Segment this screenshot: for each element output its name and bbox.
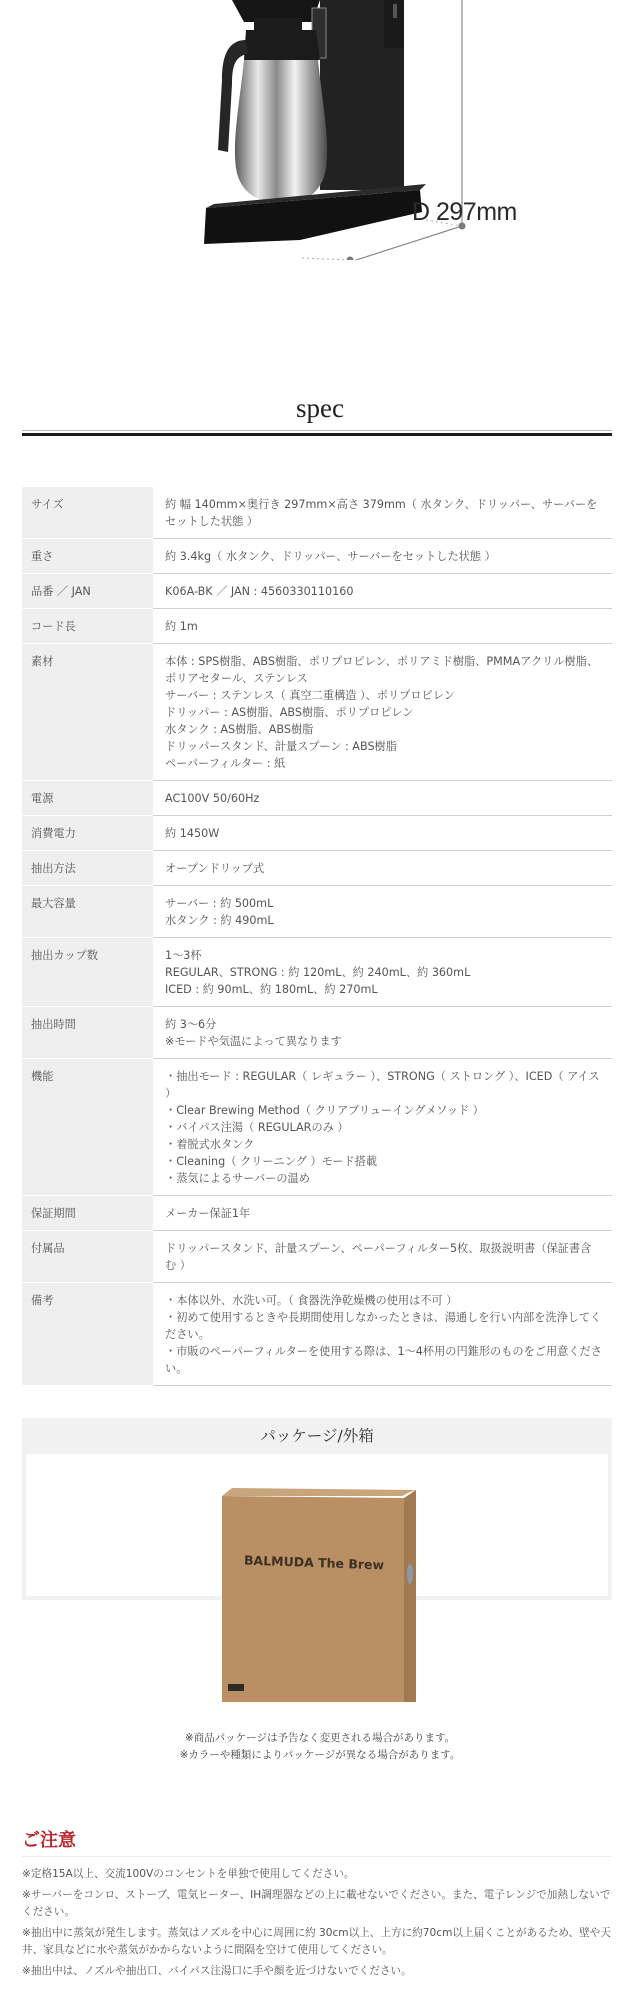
caution-heading: ご注意 [22,1826,76,1852]
spec-value: K06A-BK ／ JAN : 4560330110160 [153,574,612,609]
spec-value-line: ・蒸気によるサーバーの温め [165,1170,602,1187]
spec-row-weight: 重さ 約 3.4kg（ 水タンク、ドリッパー、サーバーをセットした状態 ） [22,539,612,574]
spec-label: 機能 [22,1059,153,1196]
spec-value-line: ・抽出モード : REGULAR（ レギュラー ）、STRONG（ ストロング … [165,1068,602,1102]
spec-row-power-consumption: 消費電力 約 1450W [22,816,612,851]
spec-row-features: 機能 ・抽出モード : REGULAR（ レギュラー ）、STRONG（ ストロ… [22,1059,612,1196]
spec-value: 約 1m [153,609,612,644]
spec-row-cup-count: 抽出カップ数 1〜3杯 REGULAR、STRONG : 約 120mL、約 2… [22,938,612,1007]
spec-value-line: メーカー保証1年 [165,1205,602,1222]
spec-value: 約 3.4kg（ 水タンク、ドリッパー、サーバーをセットした状態 ） [153,539,612,574]
spec-value: サーバー : 約 500mL 水タンク : 約 490mL [153,886,612,938]
spec-value-line: ICED : 約 90mL、約 180mL、約 270mL [165,981,602,998]
spec-value-line: サーバー : ステンレス（ 真空二重構造 ）、ポリプロピレン [165,687,602,704]
spec-value-line: ドリッパースタンド、計量スプーン、ペーパーフィルター5枚、取扱説明書（保証書含む… [165,1240,602,1274]
spec-table-body: サイズ 約 幅 140mm×奥行き 297mm×高さ 379mm（ 水タンク、ド… [22,487,612,1386]
spec-label: 消費電力 [22,816,153,851]
depth-dimension-label: D 297mm [412,198,517,227]
spec-row-material: 素材 本体 : SPS樹脂、ABS樹脂、ポリプロピレン、ポリアミド樹脂、PMMA… [22,644,612,781]
spec-value-line: AC100V 50/60Hz [165,790,602,807]
spec-label: 品番 ／ JAN [22,574,153,609]
spec-value-line: サーバー : 約 500mL [165,895,602,912]
caution-item: ※抽出中は、ノズルや抽出口、バイパス注湯口に手や顔を近づけないでください。 [22,1963,612,1980]
spec-value: メーカー保証1年 [153,1196,612,1231]
spec-value: 約 幅 140mm×奥行き 297mm×高さ 379mm（ 水タンク、ドリッパー… [153,487,612,539]
spec-label: 電源 [22,781,153,816]
spec-label: 抽出時間 [22,1007,153,1059]
spec-value: ・本体以外、水洗い可。（ 食器洗浄乾燥機の使用は不可 ） ・初めて使用するときや… [153,1283,612,1386]
spec-value-line: ・本体以外、水洗い可。（ 食器洗浄乾燥機の使用は不可 ） [165,1292,602,1309]
spec-value: 約 1450W [153,816,612,851]
coffee-maker-illustration [0,0,640,260]
spec-heading-double-rule [22,430,612,438]
spec-label: 素材 [22,644,153,781]
spec-row-cord-length: コード長 約 1m [22,609,612,644]
spec-label: 付属品 [22,1231,153,1283]
caution-divider [22,1856,612,1857]
spec-value: AC100V 50/60Hz [153,781,612,816]
spec-value: ・抽出モード : REGULAR（ レギュラー ）、STRONG（ ストロング … [153,1059,612,1196]
package-box-image [0,1470,640,1710]
package-image-bottom-mask [26,1702,608,1732]
spec-label: コード長 [22,609,153,644]
spec-value-line: 水タンク : AS樹脂、ABS樹脂 [165,721,602,738]
spec-value-line: REGULAR、STRONG : 約 120mL、約 240mL、約 360mL [165,964,602,981]
spec-value-line: 約 3〜6分 [165,1016,602,1033]
spec-value-line: ・Cleaning（ クリーニング ）モード搭載 [165,1153,602,1170]
spec-value-line: 本体 : SPS樹脂、ABS樹脂、ポリプロピレン、ポリアミド樹脂、PMMAアクリ… [165,653,602,687]
rule-thick-line [22,433,612,436]
caution-item: ※抽出中に蒸気が発生します。蒸気はノズルを中心に周囲に約 30cm以上、上方に約… [22,1925,612,1959]
package-note: ※商品パッケージは予告なく変更される場合があります。 [0,1730,640,1745]
spec-row-power-source: 電源 AC100V 50/60Hz [22,781,612,816]
spec-value-line: ・着脱式水タンク [165,1136,602,1153]
spec-value-line: ・バイパス注湯（ REGULARのみ ） [165,1119,602,1136]
spec-value-line: 水タンク : 約 490mL [165,912,602,929]
spec-value-line: ドリッパー : AS樹脂、ABS樹脂、ポリプロピレン [165,704,602,721]
spec-value: 1〜3杯 REGULAR、STRONG : 約 120mL、約 240mL、約 … [153,938,612,1007]
spec-row-brew-method: 抽出方法 オープンドリップ式 [22,851,612,886]
spec-value-line: ・市販のペーパーフィルターを使用する際は、1〜4杯用の円錐形のものをご用意くださ… [165,1343,602,1377]
spec-table: サイズ 約 幅 140mm×奥行き 297mm×高さ 379mm（ 水タンク、ド… [22,487,612,1386]
spec-value-line: ペーパーフィルター : 紙 [165,755,602,772]
spec-value-line: 1〜3杯 [165,947,602,964]
spec-value-line: 約 幅 140mm×奥行き 297mm×高さ 379mm（ 水タンク、ドリッパー… [165,496,602,530]
spec-value-line: ドリッパースタンド、計量スプーン : ABS樹脂 [165,738,602,755]
spec-label: 最大容量 [22,886,153,938]
spec-row-model-jan: 品番 ／ JAN K06A-BK ／ JAN : 4560330110160 [22,574,612,609]
spec-value-line: K06A-BK ／ JAN : 4560330110160 [165,583,602,600]
spec-row-brew-time: 抽出時間 約 3〜6分 ※モードや気温によって異なります [22,1007,612,1059]
spec-value: 約 3〜6分 ※モードや気温によって異なります [153,1007,612,1059]
spec-value-line: 約 1m [165,618,602,635]
product-dimension-image: D 297mm [0,0,640,260]
spec-label: 重さ [22,539,153,574]
spec-value-line: オープンドリップ式 [165,860,602,877]
package-note: ※カラーや種類によりパッケージが異なる場合があります。 [0,1747,640,1762]
spec-value-line: 約 1450W [165,825,602,842]
spec-row-max-capacity: 最大容量 サーバー : 約 500mL 水タンク : 約 490mL [22,886,612,938]
caution-item: ※サーバーをコンロ、ストーブ、電気ヒーター、IH調理器などの上に載せないでくださ… [22,1887,612,1921]
spec-row-size: サイズ 約 幅 140mm×奥行き 297mm×高さ 379mm（ 水タンク、ド… [22,487,612,539]
rule-thin-line [22,430,612,431]
spec-value-line: ・初めて使用するときや長期間使用しなかったときは、湯通しを行い内部を洗浄してくだ… [165,1309,602,1343]
spec-value-line: ※モードや気温によって異なります [165,1033,602,1050]
caution-item: ※定格15A以上、交流100Vのコンセントを単独で使用してください。 [22,1866,612,1883]
spec-heading: spec [0,393,640,424]
spec-row-remarks: 備考 ・本体以外、水洗い可。（ 食器洗浄乾燥機の使用は不可 ） ・初めて使用する… [22,1283,612,1386]
spec-value-line: 約 3.4kg（ 水タンク、ドリッパー、サーバーをセットした状態 ） [165,548,602,565]
spec-value: ドリッパースタンド、計量スプーン、ペーパーフィルター5枚、取扱説明書（保証書含む… [153,1231,612,1283]
spec-label: 抽出カップ数 [22,938,153,1007]
spec-label: サイズ [22,487,153,539]
spec-label: 抽出方法 [22,851,153,886]
spec-row-warranty: 保証期間 メーカー保証1年 [22,1196,612,1231]
spec-value: オープンドリップ式 [153,851,612,886]
spec-label: 備考 [22,1283,153,1386]
spec-label: 保証期間 [22,1196,153,1231]
package-title: パッケージ/外箱 [22,1418,612,1454]
spec-row-accessories: 付属品 ドリッパースタンド、計量スプーン、ペーパーフィルター5枚、取扱説明書（保… [22,1231,612,1283]
spec-value-line: ・Clear Brewing Method（ クリアブリューイングメソッド ） [165,1102,602,1119]
caution-list: ※定格15A以上、交流100Vのコンセントを単独で使用してください。 ※サーバー… [22,1866,612,1984]
spec-value: 本体 : SPS樹脂、ABS樹脂、ポリプロピレン、ポリアミド樹脂、PMMAアクリ… [153,644,612,781]
